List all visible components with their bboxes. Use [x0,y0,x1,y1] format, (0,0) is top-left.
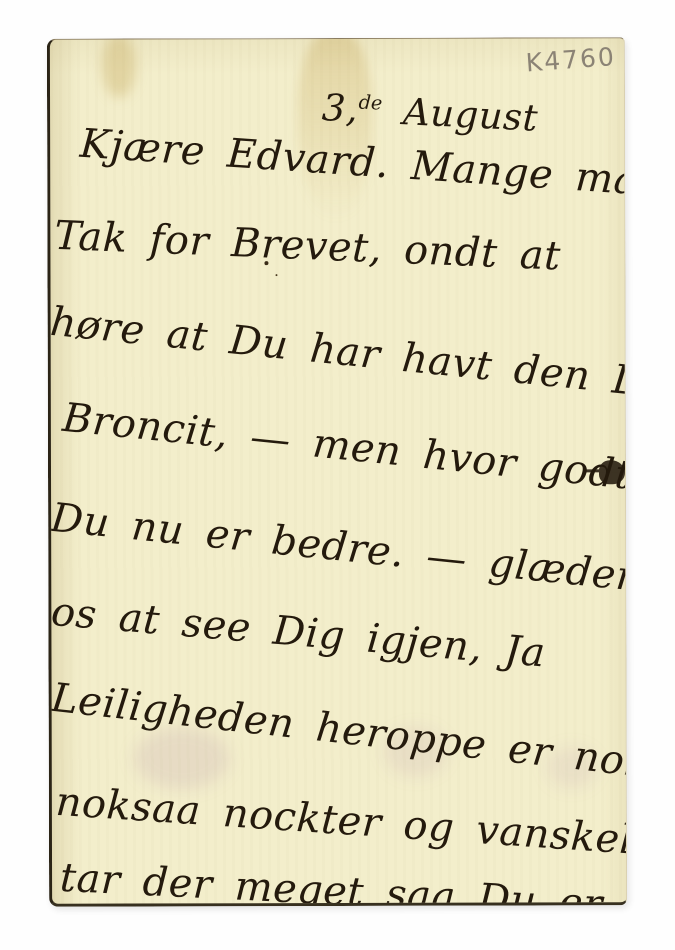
handwriting-line-2: Tak for Brevet, ondt at [54,216,562,277]
handwriting-line-4: Broncit, — men hvor godt [61,398,627,496]
date-ordinal-superscript: de [358,91,383,115]
stain-top-left-corner [102,37,136,97]
letter-card: K4760 3,de August Kjære Edvard. Mange ma… [47,37,627,907]
date-day: 3, [321,86,359,131]
handwriting-line-6: os at see Dig igjen, Ja [50,592,547,674]
date-month: August [402,90,539,140]
handwriting-line-9: tar der meget saa Du er [59,858,604,907]
handwriting-line-3: høre at Du har havt den Lei [49,302,628,406]
catalog-number: K4760 [525,42,617,77]
handwriting-line-7: Leiligheden heroppe er nok [49,678,627,784]
ink-speckle [264,261,268,265]
handwriting-line-salutation: Kjære Edvard. Mange man [79,124,627,203]
scan-background: K4760 3,de August Kjære Edvard. Mange ma… [0,0,675,950]
handwriting-line-5: Du nu er bedre. — glæder [49,498,627,598]
date-line: 3,de August [321,89,539,137]
handwriting-line-8: noksaa nockter og vanskelig [55,782,628,863]
ink-blot [599,460,625,484]
